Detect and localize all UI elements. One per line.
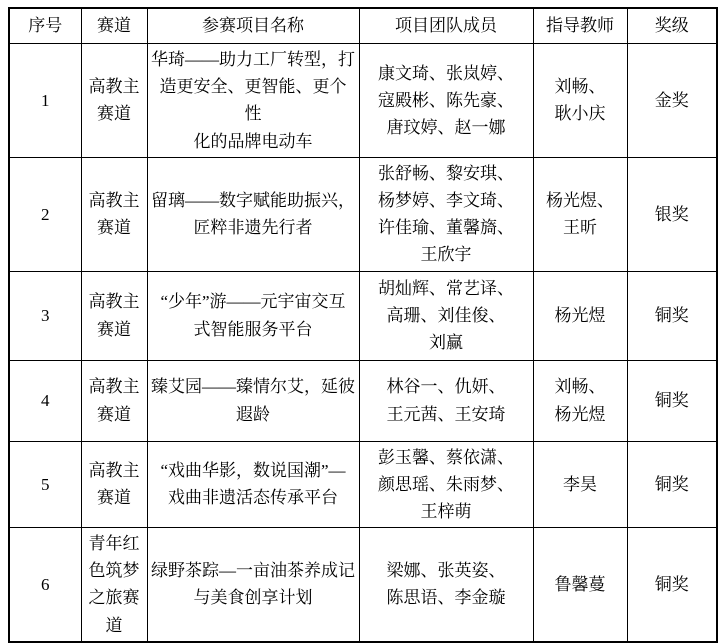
- cell-team: 康文琦、张岚婷、 寇殿彬、陈先豪、 唐玟婷、赵一娜: [359, 44, 533, 158]
- cell-track: 青年红 色筑梦 之旅赛 道: [81, 528, 147, 642]
- table-row: 6 青年红 色筑梦 之旅赛 道 绿野茶踪—一亩油茶养成记 与美食创享计划 梁娜、…: [9, 528, 717, 642]
- header-row: 序号 赛道 参赛项目名称 项目团队成员 指导教师 奖级: [9, 8, 717, 44]
- header-team: 项目团队成员: [359, 8, 533, 44]
- cell-project: 臻艾园——臻情尔艾，延彼 遐龄: [147, 360, 359, 441]
- header-serial: 序号: [9, 8, 81, 44]
- page: 序号 赛道 参赛项目名称 项目团队成员 指导教师 奖级 1 高教主 赛道 华琦—…: [0, 0, 726, 581]
- cell-teacher: 李昊: [533, 441, 627, 528]
- table-row: 2 高教主 赛道 留璃——数字赋能助振兴， 匠粹非遗先行者 张舒畅、黎安琪、 杨…: [9, 157, 717, 271]
- cell-track: 高教主 赛道: [81, 360, 147, 441]
- cell-teacher: 刘畅、 杨光煜: [533, 360, 627, 441]
- cell-serial: 3: [9, 271, 81, 360]
- cell-team: 梁娜、张英姿、 陈思语、李金璇: [359, 528, 533, 642]
- cell-serial: 5: [9, 441, 81, 528]
- cell-project: “戏曲华影，数说国潮”— 戏曲非遗活态传承平台: [147, 441, 359, 528]
- awards-table: 序号 赛道 参赛项目名称 项目团队成员 指导教师 奖级 1 高教主 赛道 华琦—…: [8, 7, 718, 643]
- table-row: 1 高教主 赛道 华琦——助力工厂转型，打 造更安全、更智能、更个 性 化的品牌…: [9, 44, 717, 158]
- cell-teacher: 鲁馨蔓: [533, 528, 627, 642]
- cell-track: 高教主 赛道: [81, 271, 147, 360]
- cell-serial: 4: [9, 360, 81, 441]
- table-row: 5 高教主 赛道 “戏曲华影，数说国潮”— 戏曲非遗活态传承平台 彭玉馨、蔡依潇…: [9, 441, 717, 528]
- table-row: 4 高教主 赛道 臻艾园——臻情尔艾，延彼 遐龄 林谷一、仇妍、 王元茜、王安琦…: [9, 360, 717, 441]
- cell-team: 张舒畅、黎安琪、 杨梦婷、李文琦、 许佳瑜、董馨旖、 王欣宇: [359, 157, 533, 271]
- header-project: 参赛项目名称: [147, 8, 359, 44]
- header-teacher: 指导教师: [533, 8, 627, 44]
- cell-project: 华琦——助力工厂转型，打 造更安全、更智能、更个 性 化的品牌电动车: [147, 44, 359, 158]
- header-award: 奖级: [627, 8, 717, 44]
- cell-award: 银奖: [627, 157, 717, 271]
- cell-teacher: 杨光煜: [533, 271, 627, 360]
- cell-project: 绿野茶踪—一亩油茶养成记 与美食创享计划: [147, 528, 359, 642]
- table-row: 3 高教主 赛道 “少年”游——元宇宙交互 式智能服务平台 胡灿辉、常艺译、 高…: [9, 271, 717, 360]
- cell-award: 金奖: [627, 44, 717, 158]
- cell-serial: 2: [9, 157, 81, 271]
- cell-project: 留璃——数字赋能助振兴， 匠粹非遗先行者: [147, 157, 359, 271]
- cell-award: 铜奖: [627, 271, 717, 360]
- cell-teacher: 杨光煜、 王昕: [533, 157, 627, 271]
- cell-track: 高教主 赛道: [81, 157, 147, 271]
- cell-team: 胡灿辉、常艺译、 高珊、刘佳俊、 刘赢: [359, 271, 533, 360]
- cell-award: 铜奖: [627, 360, 717, 441]
- cell-award: 铜奖: [627, 528, 717, 642]
- cell-team: 彭玉馨、蔡依潇、 颜思瑶、朱雨梦、 王梓萌: [359, 441, 533, 528]
- header-track: 赛道: [81, 8, 147, 44]
- cell-teacher: 刘畅、 耿小庆: [533, 44, 627, 158]
- cell-team: 林谷一、仇妍、 王元茜、王安琦: [359, 360, 533, 441]
- cell-track: 高教主 赛道: [81, 44, 147, 158]
- cell-project: “少年”游——元宇宙交互 式智能服务平台: [147, 271, 359, 360]
- cell-award: 铜奖: [627, 441, 717, 528]
- cell-serial: 6: [9, 528, 81, 642]
- cell-track: 高教主 赛道: [81, 441, 147, 528]
- cell-serial: 1: [9, 44, 81, 158]
